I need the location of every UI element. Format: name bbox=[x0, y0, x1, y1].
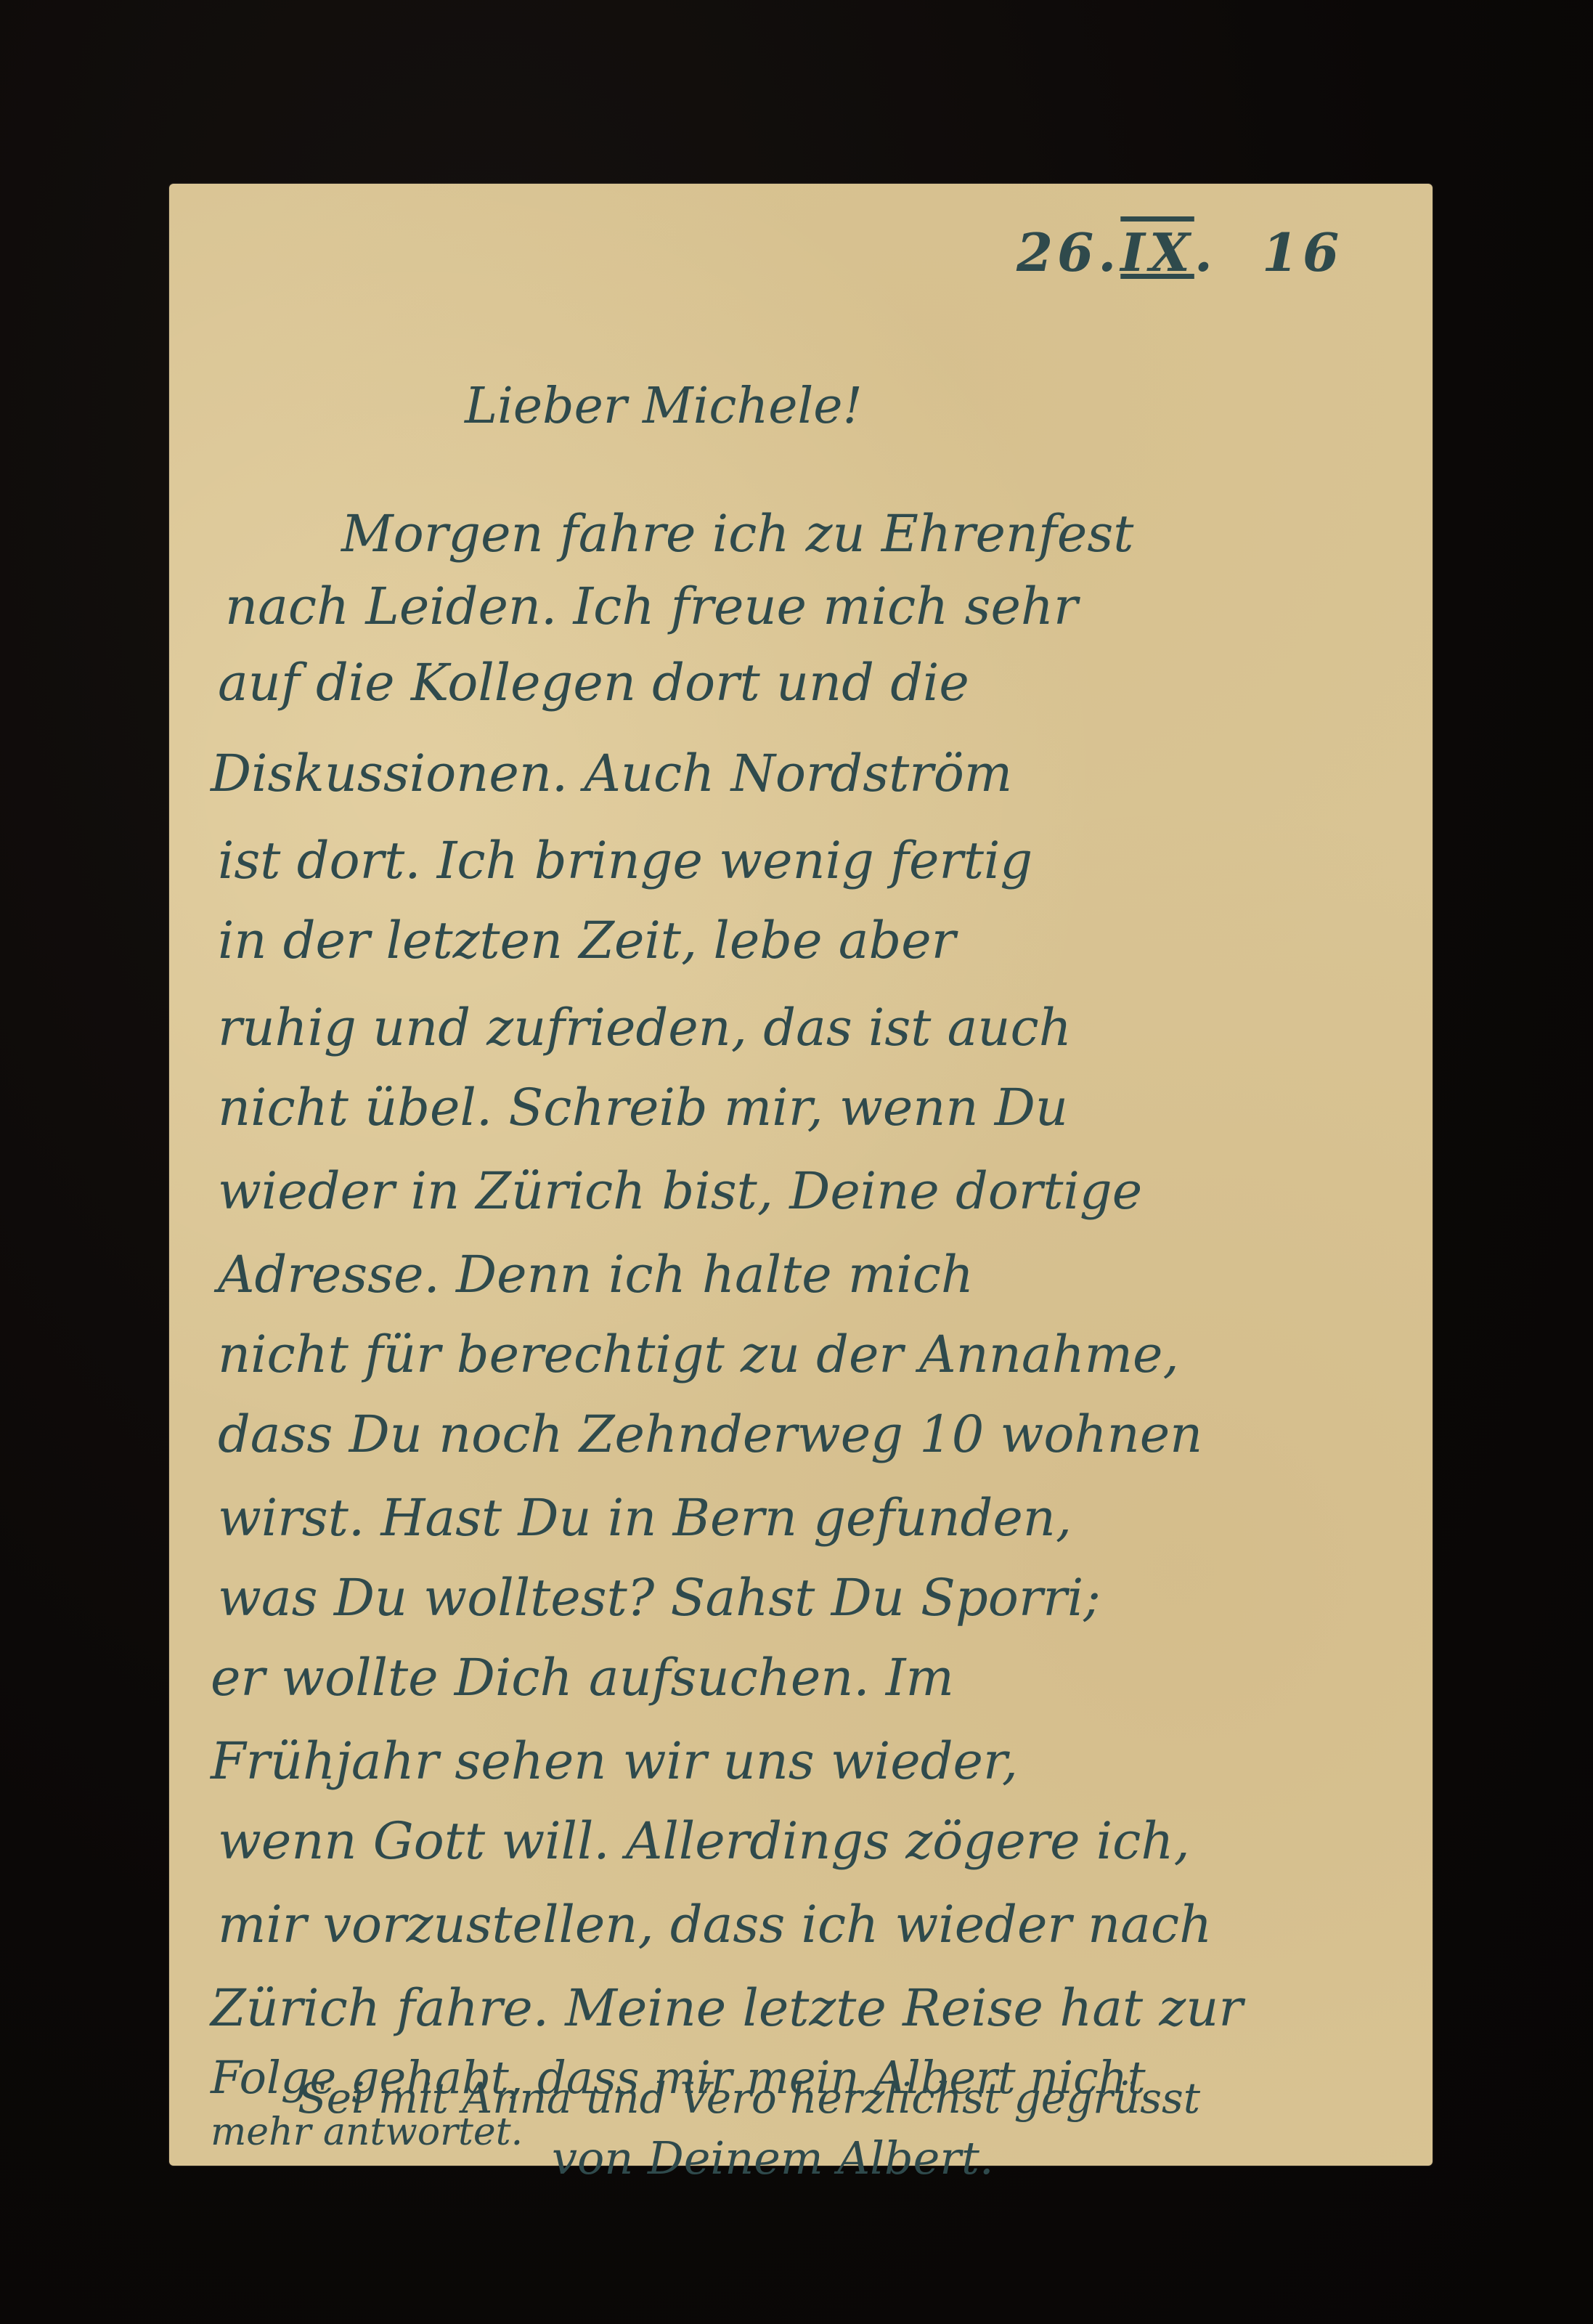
body-line: was Du wolltest? Sahst Du Sporri; bbox=[218, 1572, 1101, 1623]
body-line: dass Du noch Zehnderweg 10 wohnen bbox=[218, 1409, 1202, 1460]
signature: von Deinem Albert. bbox=[552, 2132, 994, 2185]
body-line: auf die Kollegen dort und die bbox=[218, 657, 969, 708]
body-line: er wollte Dich aufsuchen. Im bbox=[211, 1652, 954, 1703]
date-separator: . bbox=[1194, 222, 1217, 283]
body-line: wieder in Zürich bist, Deine dortige bbox=[218, 1166, 1142, 1216]
body-line: Zürich fahre. Meine letzte Reise hat zur bbox=[211, 1983, 1243, 2033]
body-line: nicht für berechtigt zu der Annahme, bbox=[218, 1329, 1179, 1380]
date-day: 26. bbox=[1016, 222, 1120, 283]
salutation: Lieber Michele! bbox=[465, 378, 863, 435]
body-line: Frühjahr sehen wir uns wieder, bbox=[211, 1736, 1018, 1787]
date-year: 16 bbox=[1262, 222, 1343, 283]
letter-date: 26.IX. 16 bbox=[1016, 222, 1343, 283]
body-line: wenn Gott will. Allerdings zögere ich, bbox=[218, 1816, 1190, 1866]
body-line: mir vorzustellen, dass ich wieder nach bbox=[218, 1899, 1212, 1950]
body-line: Diskussionen. Auch Nordström bbox=[211, 748, 1012, 799]
body-line: wirst. Hast Du in Bern gefunden, bbox=[218, 1492, 1072, 1543]
body-line: ruhig und zufrieden, das ist auch bbox=[218, 1002, 1072, 1053]
body-line: ist dort. Ich bringe wenig fertig bbox=[218, 835, 1032, 886]
body-line: Morgen fahre ich zu Ehrenfest bbox=[341, 508, 1133, 559]
body-line: in der letzten Zeit, lebe aber bbox=[218, 915, 956, 966]
body-line: nach Leiden. Ich freue mich sehr bbox=[225, 581, 1077, 632]
body-line: nicht übel. Schreib mir, wenn Du bbox=[218, 1082, 1068, 1133]
date-month: IX bbox=[1120, 222, 1194, 283]
body-line: Adresse. Denn ich halte mich bbox=[218, 1249, 974, 1300]
closing-greeting: Sei mit Anna und Vero herzlichst gegrüss… bbox=[298, 2073, 1200, 2123]
